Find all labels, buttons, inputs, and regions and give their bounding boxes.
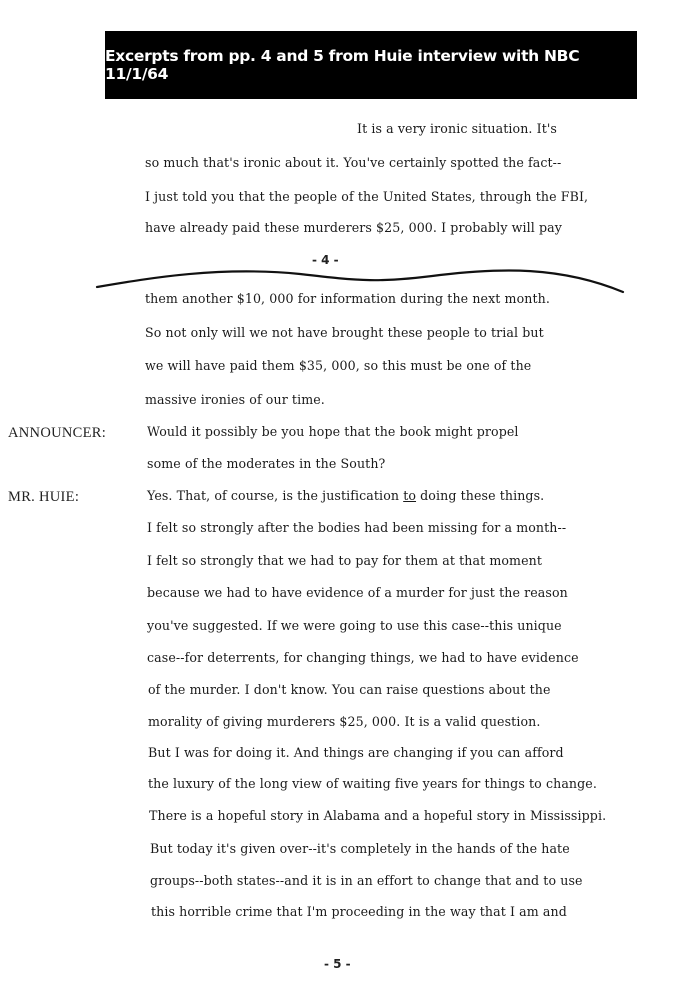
- huie-line-first-a: Yes. That, of course, is the justificati…: [147, 488, 403, 503]
- huie-line: There is a hopeful story in Alabama and …: [149, 808, 606, 823]
- huie-line: because we had to have evidence of a mur…: [147, 585, 568, 600]
- announcer-line: Would it possibly be you hope that the b…: [147, 424, 519, 439]
- huie-line: groups--both states--and it is in an eff…: [150, 873, 583, 888]
- page5-line: So not only will we not have brought the…: [145, 325, 544, 340]
- huie-line: this horrible crime that I'm proceeding …: [151, 904, 567, 919]
- page5-line: them another $10, 000 for information du…: [145, 291, 550, 306]
- page-number-5: - 5 -: [324, 957, 351, 971]
- huie-line-first-b: doing these things.: [416, 488, 544, 503]
- page5-line: massive ironies of our time.: [145, 392, 325, 407]
- huie-line: the luxury of the long view of waiting f…: [148, 776, 597, 791]
- huie-line: morality of giving murderers $25, 000. I…: [148, 714, 540, 729]
- huie-line: you've suggested. If we were going to us…: [147, 618, 562, 633]
- huie-line-first: Yes. That, of course, is the justificati…: [147, 488, 544, 503]
- page5-line: we will have paid them $35, 000, so this…: [145, 358, 531, 373]
- announcer-line: some of the moderates in the South?: [147, 456, 385, 471]
- huie-line: case--for deterrents, for changing thing…: [147, 650, 579, 665]
- underlined-word: to: [403, 488, 416, 503]
- huie-line: But I was for doing it. And things are c…: [148, 745, 564, 760]
- speaker-announcer: ANNOUNCER:: [8, 425, 106, 442]
- huie-line: I felt so strongly after the bodies had …: [147, 520, 566, 535]
- huie-line: of the murder. I don't know. You can rai…: [148, 682, 551, 697]
- speaker-huie: MR. HUIE:: [8, 489, 79, 506]
- huie-line: But today it's given over--it's complete…: [150, 841, 570, 856]
- huie-line: I felt so strongly that we had to pay fo…: [147, 553, 542, 568]
